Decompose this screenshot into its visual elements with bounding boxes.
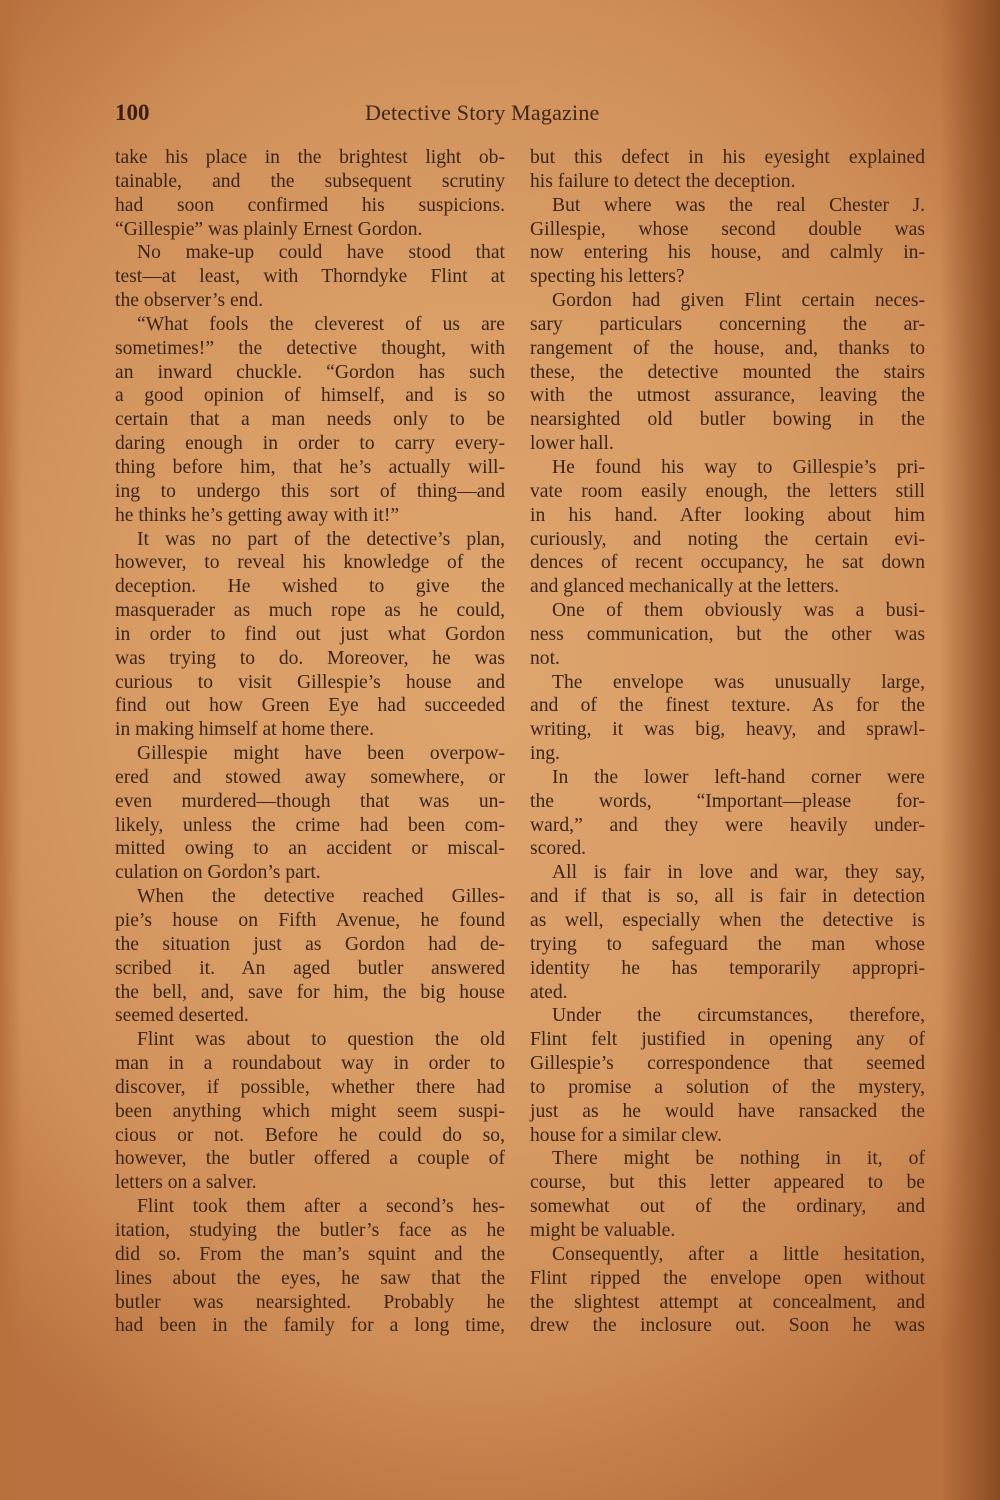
text-line: the bell, and, save for him, the big hou… — [115, 981, 505, 1005]
text-line: No make-up could have stood that — [115, 241, 505, 265]
text-line: seemed deserted. — [115, 1004, 505, 1028]
page-header: 100 Detective Story Magazine — [115, 100, 675, 130]
text-line: to promise a solution of the mystery, — [530, 1076, 925, 1100]
text-line: masquerader as much rope as he could, — [115, 599, 505, 623]
text-line: course, but this letter appeared to be — [530, 1171, 925, 1195]
text-line: his failure to detect the deception. — [530, 170, 925, 194]
text-line: Gillespie, whose second double was — [530, 218, 925, 242]
text-line: did so. From the man’s squint and the — [115, 1243, 505, 1267]
text-line: Gillespie’s correspondence that seemed — [530, 1052, 925, 1076]
text-line: One of them obviously was a busi- — [530, 599, 925, 623]
text-line: these, the detective mounted the stairs — [530, 361, 925, 385]
text-line: scored. — [530, 837, 925, 861]
text-line: thing before him, that he’s actually wil… — [115, 456, 505, 480]
text-line: rangement of the house, and, thanks to — [530, 337, 925, 361]
text-line: tainable, and the subsequent scrutiny — [115, 170, 505, 194]
text-line: cious or not. Before he could do so, — [115, 1124, 505, 1148]
text-line: not. — [530, 647, 925, 671]
text-line: But where was the real Chester J. — [530, 194, 925, 218]
text-line: drew the inclosure out. Soon he was — [530, 1314, 925, 1338]
text-line: When the detective reached Gilles- — [115, 885, 505, 909]
text-line: ered and stowed away somewhere, or — [115, 766, 505, 790]
text-column-left: take his place in the brightest light ob… — [115, 146, 505, 1338]
text-line: Flint took them after a second’s hes- — [115, 1195, 505, 1219]
text-line: even murdered—though that was un- — [115, 790, 505, 814]
text-line: letters on a salver. — [115, 1171, 505, 1195]
text-line: however, to reveal his knowledge of the — [115, 551, 505, 575]
text-line: lower hall. — [530, 432, 925, 456]
text-line: in order to find out just what Gordon — [115, 623, 505, 647]
text-line: “Gillespie” was plainly Ernest Gordon. — [115, 218, 505, 242]
text-line: All is fair in love and war, they say, — [530, 861, 925, 885]
text-line: somewhat out of the ordinary, and — [530, 1195, 925, 1219]
page-right-edge-shadow — [940, 0, 1000, 1500]
page-number: 100 — [115, 100, 150, 126]
text-line: in making himself at home there. — [115, 718, 505, 742]
text-line: scribed it. An aged butler answered — [115, 957, 505, 981]
text-line: Consequently, after a little hesitation, — [530, 1243, 925, 1267]
text-line: with the utmost assurance, leaving the — [530, 384, 925, 408]
text-line: ing. — [530, 742, 925, 766]
text-line: house for a similar clew. — [530, 1124, 925, 1148]
text-line: pie’s house on Fifth Avenue, he found — [115, 909, 505, 933]
text-line: trying to safeguard the man whose — [530, 933, 925, 957]
text-line: ness communication, but the other was — [530, 623, 925, 647]
text-line: itation, studying the butler’s face as h… — [115, 1219, 505, 1243]
text-line: the situation just as Gordon had de- — [115, 933, 505, 957]
text-line: curiously, and noting the certain evi- — [530, 528, 925, 552]
text-line: and of the finest texture. As for the — [530, 694, 925, 718]
text-line: test—at least, with Thorndyke Flint at — [115, 265, 505, 289]
text-line: sary particulars concerning the ar- — [530, 313, 925, 337]
text-line: was trying to do. Moreover, he was — [115, 647, 505, 671]
text-line: find out how Green Eye had succeeded — [115, 694, 505, 718]
text-line: curious to visit Gillespie’s house and — [115, 671, 505, 695]
text-line: in his hand. After looking about him — [530, 504, 925, 528]
text-line: In the lower left-hand corner were — [530, 766, 925, 790]
text-line: identity he has temporarily appropri- — [530, 957, 925, 981]
text-line: Under the circumstances, therefore, — [530, 1004, 925, 1028]
text-line: sometimes!” the detective thought, with — [115, 337, 505, 361]
text-line: daring enough in order to carry every- — [115, 432, 505, 456]
text-line: specting his letters? — [530, 265, 925, 289]
text-line: “What fools the cleverest of us are — [115, 313, 505, 337]
text-line: he thinks he’s getting away with it!” — [115, 504, 505, 528]
text-line: dences of recent occupancy, he sat down — [530, 551, 925, 575]
text-line: culation on Gordon’s part. — [115, 861, 505, 885]
text-line: however, the butler offered a couple of — [115, 1147, 505, 1171]
text-line: lines about the eyes, he saw that the — [115, 1267, 505, 1291]
text-line: butler was nearsighted. Probably he — [115, 1291, 505, 1315]
text-line: Flint felt justified in opening any of — [530, 1028, 925, 1052]
text-line: but this defect in his eyesight explaine… — [530, 146, 925, 170]
text-line: vate room easily enough, the letters sti… — [530, 480, 925, 504]
text-line: and glanced mechanically at the letters. — [530, 575, 925, 599]
text-line: ward,” and they were heavily under- — [530, 814, 925, 838]
page-left-edge-shadow — [0, 0, 22, 1500]
text-column-right: but this defect in his eyesight explaine… — [530, 146, 925, 1338]
text-line: ated. — [530, 981, 925, 1005]
text-line: likely, unless the crime had been com- — [115, 814, 505, 838]
text-line: discover, if possible, whether there had — [115, 1076, 505, 1100]
text-line: just as he would have ransacked the — [530, 1100, 925, 1124]
text-line: the words, “Important—please for- — [530, 790, 925, 814]
text-line: Gordon had given Flint certain neces- — [530, 289, 925, 313]
text-line: had been in the family for a long time, — [115, 1314, 505, 1338]
text-line: as well, especially when the detective i… — [530, 909, 925, 933]
text-line: It was no part of the detective’s plan, — [115, 528, 505, 552]
text-line: mitted owing to an accident or miscal- — [115, 837, 505, 861]
text-line: writing, it was big, heavy, and sprawl- — [530, 718, 925, 742]
text-line: Flint ripped the envelope open without — [530, 1267, 925, 1291]
text-line: Gillespie might have been overpow- — [115, 742, 505, 766]
text-line: a good opinion of himself, and is so — [115, 384, 505, 408]
text-line: and if that is so, all is fair in detect… — [530, 885, 925, 909]
text-line: nearsighted old butler bowing in the — [530, 408, 925, 432]
text-line: He found his way to Gillespie’s pri- — [530, 456, 925, 480]
text-line: the slightest attempt at concealment, an… — [530, 1291, 925, 1315]
text-line: certain that a man needs only to be — [115, 408, 505, 432]
text-line: an inward chuckle. “Gordon has such — [115, 361, 505, 385]
text-line: the observer’s end. — [115, 289, 505, 313]
text-line: had soon confirmed his suspicions. — [115, 194, 505, 218]
text-line: been anything which might seem suspi- — [115, 1100, 505, 1124]
text-line: take his place in the brightest light ob… — [115, 146, 505, 170]
text-line: There might be nothing in it, of — [530, 1147, 925, 1171]
text-line: might be valuable. — [530, 1219, 925, 1243]
text-line: Flint was about to question the old — [115, 1028, 505, 1052]
text-line: man in a roundabout way in order to — [115, 1052, 505, 1076]
text-line: now entering his house, and calmly in- — [530, 241, 925, 265]
text-line: deception. He wished to give the — [115, 575, 505, 599]
running-title: Detective Story Magazine — [365, 100, 600, 126]
text-line: ing to undergo this sort of thing—and — [115, 480, 505, 504]
text-line: The envelope was unusually large, — [530, 671, 925, 695]
